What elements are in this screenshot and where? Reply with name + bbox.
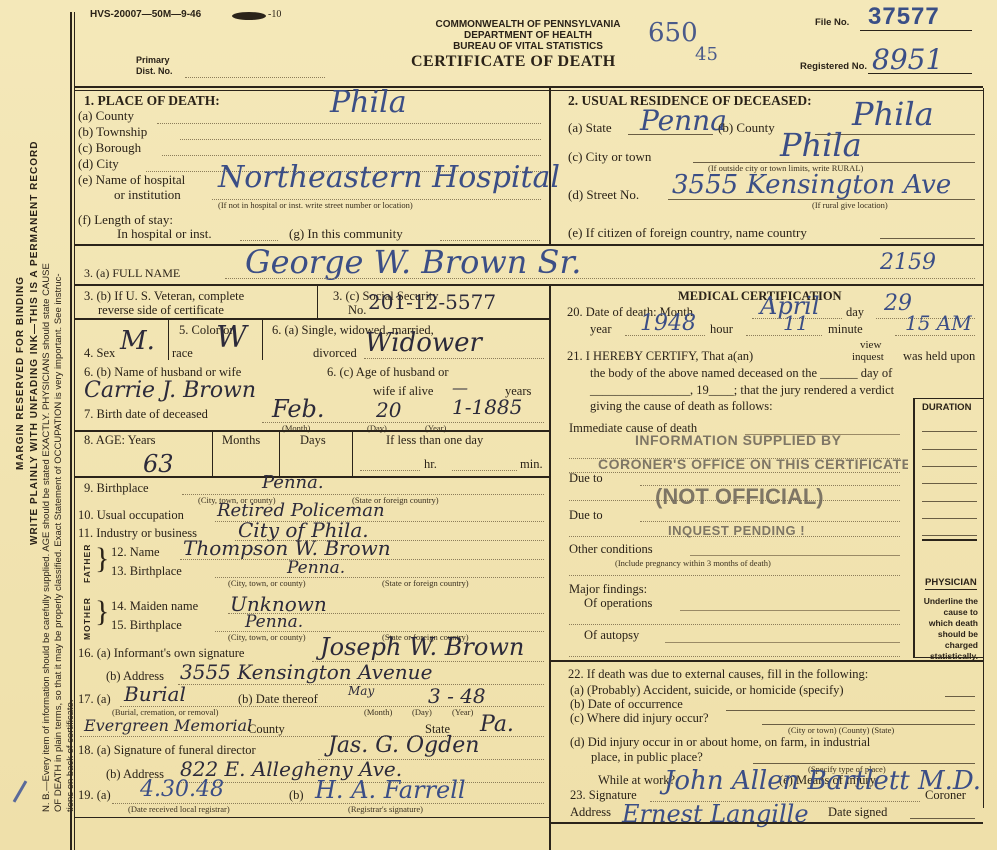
death-county-value: Phila bbox=[330, 85, 407, 120]
father-birthplace-label: 13. Birthplace bbox=[111, 564, 182, 579]
primary-label: Primary bbox=[136, 55, 170, 65]
annotation-650: 650 bbox=[648, 18, 698, 48]
death-minute-value: 15 AM bbox=[905, 311, 972, 335]
disposition-value: Burial bbox=[124, 682, 186, 706]
full-name-value: George W. Brown Sr. bbox=[245, 243, 581, 281]
father-name-value: Thompson W. Brown bbox=[183, 536, 391, 560]
other-conditions-label: Other conditions bbox=[569, 542, 653, 557]
cemetery-value: Evergreen Memorial bbox=[84, 716, 252, 735]
stay-hospital-label: In hospital or inst. bbox=[117, 226, 212, 242]
certify-was-held: was held upon bbox=[870, 349, 942, 364]
spouse-age-label-2: wife if alive bbox=[373, 384, 433, 399]
form-code: HVS-20007—50M—9-46 bbox=[90, 9, 201, 20]
registered-no-value: 8951 bbox=[872, 43, 943, 76]
external-c-label: (c) Where did injury occur? bbox=[570, 711, 709, 726]
birth-date-label: 7. Birth date of deceased bbox=[84, 407, 208, 422]
death-city-label: (d) City bbox=[78, 156, 119, 172]
min-label: min. bbox=[520, 457, 543, 472]
residence-street-value: 3555 Kensington Ave bbox=[672, 170, 951, 200]
due-to-label-2: Due to bbox=[569, 508, 603, 523]
registrar-signature-hint: (Registrar's signature) bbox=[348, 804, 423, 814]
registrar-a-label: 19. (a) bbox=[78, 788, 111, 803]
left-border bbox=[70, 12, 72, 850]
union-label-icon bbox=[232, 12, 266, 20]
informant-label: 16. (a) Informant's own signature bbox=[78, 646, 244, 661]
sex-value: M. bbox=[120, 326, 155, 356]
certify-line-3: the body of the above named deceased on … bbox=[590, 366, 892, 381]
duration-label: DURATION bbox=[922, 402, 971, 413]
other-conditions-hint: (Include pregnancy within 3 months of de… bbox=[615, 558, 771, 568]
mother-birthplace-value: Penna. bbox=[245, 612, 303, 632]
major-findings-label: Major findings: bbox=[569, 582, 647, 597]
color-label-2: race bbox=[172, 346, 193, 361]
issuer-bureau: BUREAU OF VITAL STATISTICS bbox=[418, 41, 638, 52]
father-birthplace-city-hint: (City, town, or county) bbox=[228, 578, 306, 588]
margin-instructions-1: N. B.—Every item of information should b… bbox=[41, 263, 52, 812]
external-a-label: (a) (Probably) Accident, suicide, or hom… bbox=[570, 683, 844, 698]
residence-county-value: Phila bbox=[852, 95, 934, 133]
mother-side-label: MOTHER bbox=[82, 597, 92, 640]
ssn-value: 201-12-5577 bbox=[368, 290, 496, 314]
death-hour-label: hour bbox=[710, 322, 733, 337]
residence-city-label: (c) City or town bbox=[568, 149, 651, 165]
age-years-value: 63 bbox=[143, 450, 174, 478]
hospital-hint: (If not in hospital or inst. write stree… bbox=[218, 200, 413, 210]
mother-birthplace-label: 15. Birthplace bbox=[111, 618, 182, 633]
certificate-title: CERTIFICATE OF DEATH bbox=[411, 53, 616, 71]
registered-no-label: Registered No. bbox=[800, 61, 867, 72]
registrar-date-value: 4.30.48 bbox=[140, 777, 224, 802]
stamp-line-1: INFORMATION SUPPLIED BY bbox=[635, 432, 841, 448]
operations-label: Of operations bbox=[584, 596, 652, 611]
issuer-department: DEPARTMENT OF HEALTH bbox=[418, 30, 638, 41]
father-birthplace-value: Penna. bbox=[287, 558, 345, 578]
coroner-label: Coroner bbox=[925, 788, 966, 803]
margin-binding-note: MARGIN RESERVED FOR BINDING bbox=[15, 276, 26, 470]
death-year-label: year bbox=[590, 322, 612, 337]
marital-label-2: divorced bbox=[313, 346, 357, 361]
foreign-country-label: (e) If citizen of foreign country, name … bbox=[568, 225, 807, 241]
color-value: W bbox=[216, 320, 247, 355]
due-to-label-1: Due to bbox=[569, 471, 603, 486]
mother-birthplace-city-hint: (City, town, or county) bbox=[228, 632, 306, 642]
veteran-label-1: 3. (b) If U. S. Veteran, complete bbox=[84, 289, 244, 304]
date-signed-label: Date signed bbox=[828, 805, 887, 820]
father-side-label: FATHER bbox=[82, 544, 92, 583]
right-border bbox=[983, 88, 984, 808]
certify-line-4: ________________, 19____; that the jury … bbox=[590, 383, 894, 398]
hospital-value: Northeastern Hospital bbox=[218, 160, 560, 195]
pen-mark bbox=[13, 780, 28, 802]
issuer-commonwealth: COMMONWEALTH OF PENNSYLVANIA bbox=[418, 19, 638, 30]
annotation-45: 45 bbox=[695, 44, 718, 65]
residence-city-value: Phila bbox=[780, 126, 862, 164]
hospital-label-2: or institution bbox=[114, 187, 181, 203]
physician-note: Underline the cause to which death shoul… bbox=[918, 596, 978, 662]
certify-line-5: giving the cause of death as follows: bbox=[590, 399, 773, 414]
stamp-line-4: INQUEST PENDING ! bbox=[668, 523, 805, 538]
hospital-label-1: (e) Name of hospital bbox=[78, 172, 185, 188]
stamp-line-3: (NOT OFFICIAL) bbox=[655, 484, 824, 510]
death-township-label: (b) Township bbox=[78, 124, 147, 140]
full-name-label-text: 3. (a) FULL NAME bbox=[84, 266, 180, 280]
residence-state-label: (a) State bbox=[568, 120, 612, 136]
birthplace-label: 9. Birthplace bbox=[84, 481, 149, 496]
external-c-hint: (City or town) (County) (State) bbox=[788, 725, 894, 735]
cemetery-state-value: Pa. bbox=[480, 712, 514, 737]
funeral-director-value: Jas. G. Ogden bbox=[328, 733, 479, 758]
marital-value: Widower bbox=[365, 328, 482, 358]
industry-label: 11. Industry or business bbox=[78, 526, 197, 541]
stay-community-label: (g) In this community bbox=[289, 226, 403, 242]
registrar-signature-value: H. A. Farrell bbox=[315, 776, 466, 804]
father-brace: } bbox=[95, 540, 109, 578]
residence-county-label: (b) County bbox=[718, 120, 775, 136]
less-than-day-label: If less than one day bbox=[386, 433, 483, 448]
informant-address-value: 3555 Kensington Avenue bbox=[180, 660, 432, 684]
issuer: COMMONWEALTH OF PENNSYLVANIA DEPARTMENT … bbox=[418, 19, 638, 52]
veteran-label-2: reverse side of certificate bbox=[98, 303, 224, 318]
death-hour-value: 11 bbox=[783, 311, 808, 335]
residence-street-hint: (If rural give location) bbox=[812, 200, 888, 210]
external-d-label-1: (d) Did injury occur in or about home, o… bbox=[570, 735, 870, 750]
margin-write-plainly: WRITE PLAINLY WITH UNFADING INK—THIS IS … bbox=[29, 141, 40, 546]
disposition-date-label: (b) Date thereof bbox=[238, 692, 318, 707]
residence-state-value: Penna bbox=[640, 104, 727, 137]
spouse-age-label-1: 6. (c) Age of husband or bbox=[327, 365, 449, 380]
external-b-label: (b) Date of occurrence bbox=[570, 697, 683, 712]
mother-brace: } bbox=[95, 593, 109, 631]
file-no-label: File No. bbox=[815, 17, 849, 28]
age-months-label: Months bbox=[222, 433, 260, 448]
death-minute-label: minute bbox=[828, 322, 863, 337]
full-name-code: 2159 bbox=[880, 250, 936, 275]
external-d-label-2: place, in public place? bbox=[591, 750, 703, 765]
birth-month-value: Feb. bbox=[272, 395, 325, 423]
cemetery-county-label: County bbox=[248, 722, 285, 737]
father-birthplace-state-hint: (State or foreign country) bbox=[382, 578, 469, 588]
birthplace-value: Penna. bbox=[262, 472, 324, 493]
margin-instructions-2: OF DEATH in plain terms, so that it may … bbox=[53, 273, 64, 812]
death-borough-label: (c) Borough bbox=[78, 140, 141, 156]
death-year-value: 1948 bbox=[640, 311, 696, 336]
occupation-label: 10. Usual occupation bbox=[78, 508, 184, 523]
registrar-date-hint: (Date received local registrar) bbox=[128, 804, 230, 814]
disposition-label: 17. (a) bbox=[78, 692, 111, 707]
spouse-value: Carrie J. Brown bbox=[84, 378, 256, 403]
birth-year-value: 1-1885 bbox=[452, 395, 522, 419]
ssn-label-2: No. bbox=[348, 303, 366, 318]
age-years-label: 8. AGE: Years bbox=[84, 433, 156, 448]
residence-street-label: (d) Street No. bbox=[568, 187, 639, 203]
disposition-month-hint: (Month) bbox=[364, 707, 392, 717]
birth-day-value: 20 bbox=[376, 398, 401, 422]
age-days-label: Days bbox=[300, 433, 326, 448]
disposition-day-year-value: 3 - 48 bbox=[428, 684, 486, 708]
external-heading: 22. If death was due to external causes,… bbox=[568, 667, 868, 682]
disposition-year-hint: (Year) bbox=[452, 707, 473, 717]
stamp-line-2: CORONER'S OFFICE ON THIS CERTIFICATE bbox=[598, 456, 908, 472]
death-county-label: (a) County bbox=[78, 108, 134, 124]
form-code-suffix: -10 bbox=[268, 9, 281, 20]
physician-label: PHYSICIAN bbox=[925, 577, 977, 590]
disposition-day-hint: (Day) bbox=[412, 707, 432, 717]
certify-was-held-text: was held upon bbox=[903, 349, 975, 363]
informant-value: Joseph W. Brown bbox=[320, 633, 524, 661]
coroner-address-label: Address bbox=[570, 805, 611, 820]
sex-label: 4. Sex bbox=[84, 346, 115, 361]
mother-maiden-label: 14. Maiden name bbox=[111, 599, 198, 614]
autopsy-label: Of autopsy bbox=[584, 628, 639, 643]
death-day-label: day bbox=[846, 305, 864, 320]
full-name-label: 3. (a) FULL NAME bbox=[84, 266, 180, 281]
place-of-death-heading: 1. PLACE OF DEATH: bbox=[84, 93, 220, 109]
hr-label: hr. bbox=[424, 457, 437, 472]
disposition-month-value: May bbox=[348, 684, 374, 698]
registrar-b-label: (b) bbox=[289, 788, 304, 803]
father-name-label: 12. Name bbox=[111, 545, 160, 560]
death-certificate: MARGIN RESERVED FOR BINDING WRITE PLAINL… bbox=[0, 0, 997, 850]
file-no-value: 37577 bbox=[868, 3, 940, 31]
dist-no-label: Dist. No. bbox=[136, 66, 173, 76]
funeral-director-label: 18. (a) Signature of funeral director bbox=[78, 743, 256, 758]
certify-line-1: 21. I HEREBY CERTIFY, That a(an) bbox=[567, 349, 753, 364]
